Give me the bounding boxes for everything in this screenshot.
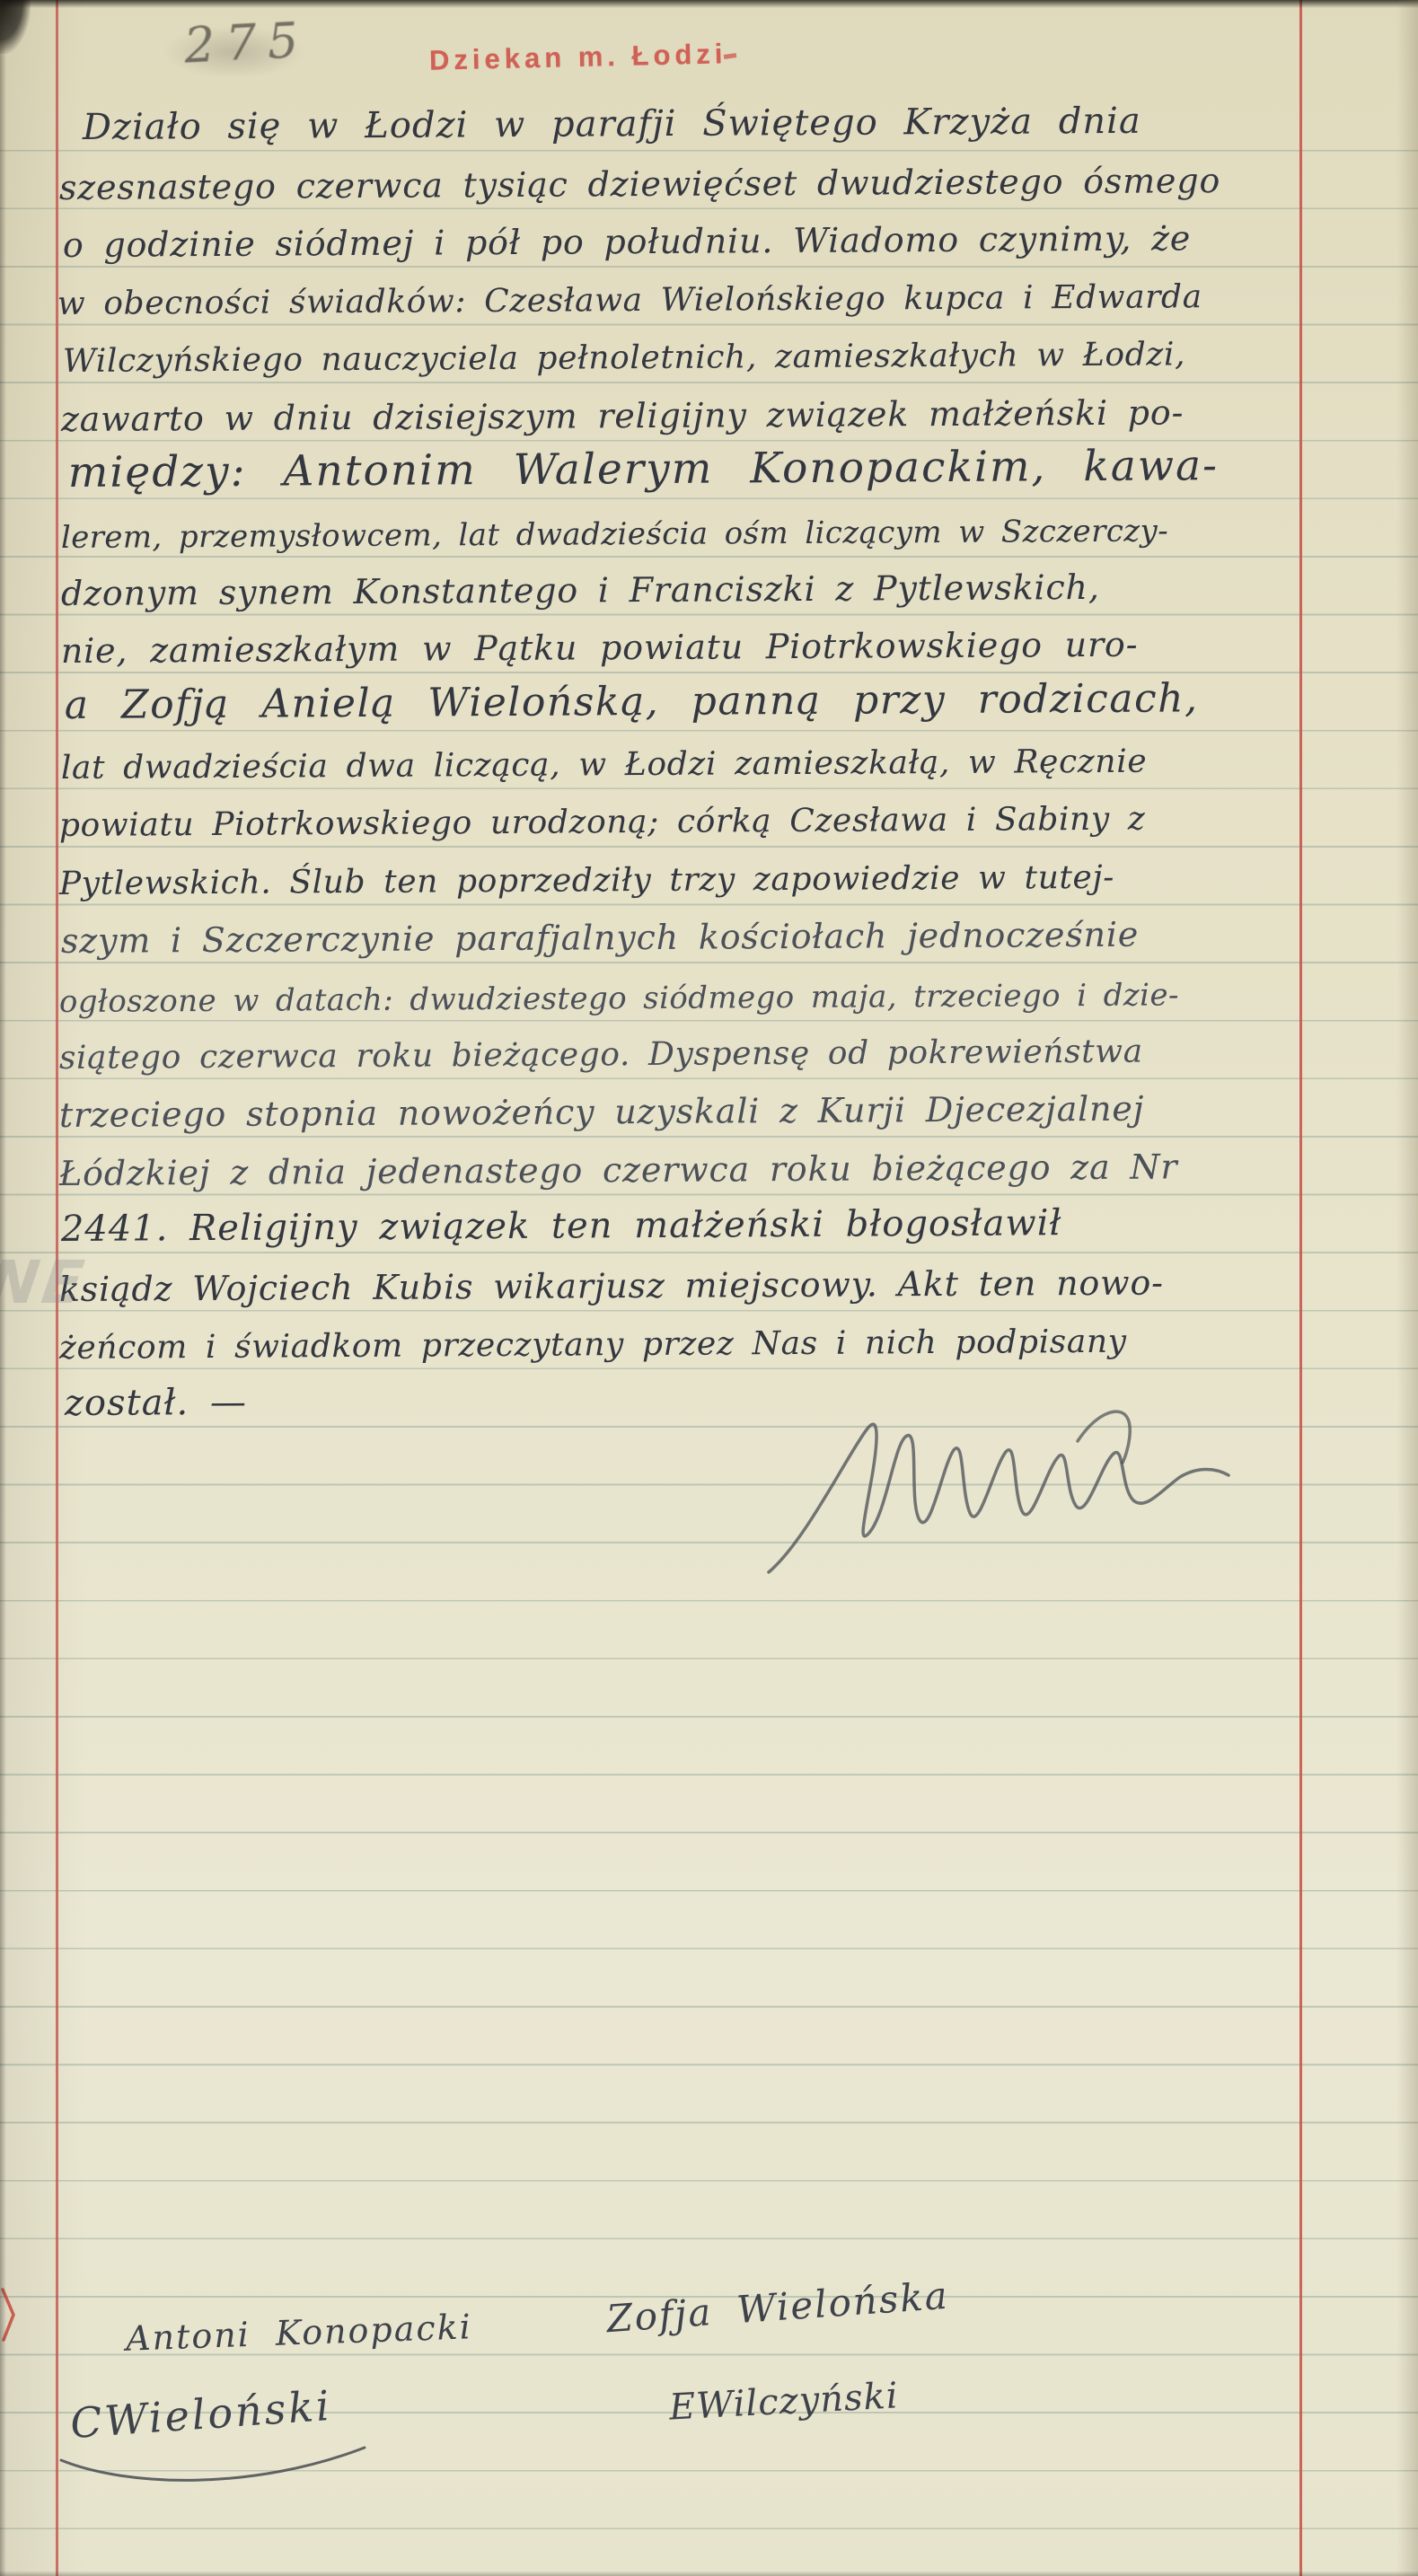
record-line: zawarto w dniu dzisiejszym religijny zwi… xyxy=(61,392,1185,439)
record-line: a Zofją Anielą Wielońską, panną przy rod… xyxy=(65,675,1199,728)
signature-flourish xyxy=(56,2435,397,2498)
record-line: szym i Szczerczynie parafjalnych kościoł… xyxy=(61,915,1139,961)
record-line: został. — xyxy=(65,1382,247,1424)
scan-edge-left xyxy=(0,0,6,2576)
record-line: 2441. Religijny związek ten małżeński bł… xyxy=(61,1202,1062,1250)
bride-signature: Zofja Wielońska xyxy=(605,2273,950,2342)
record-line: Działo się w Łodzi w parafji Świętego Kr… xyxy=(83,101,1141,148)
groom-signature: Antoni Konopacki xyxy=(125,2307,472,2358)
right-margin-line xyxy=(1299,0,1302,2576)
dean-stamp: Dziekan m. Łodzi xyxy=(429,38,727,77)
record-line: Łódzkiej z dnia jedenastego czerwca roku… xyxy=(59,1147,1178,1193)
record-line: Pytlewskich. Ślub ten poprzedziły trzy z… xyxy=(59,859,1114,902)
record-line: szesnastego czerwca tysiąc dziewięćset d… xyxy=(59,161,1220,207)
record-line: lat dwadzieścia dwa liczącą, w Łodzi zam… xyxy=(61,743,1148,787)
watermark-fragment: NE xyxy=(0,1248,92,1317)
scan-edge-right xyxy=(1396,0,1418,2576)
record-line: ksiądz Wojciech Kubis wikarjusz miejscow… xyxy=(59,1262,1164,1309)
registry-page: 275 Dziekan m. Łodzi Działo się w Łodzi … xyxy=(0,0,1418,2576)
record-line: nie, zamieszkałym w Pątku powiatu Piotrk… xyxy=(61,625,1139,671)
record-line: w obecności świadków: Czesława Wieloński… xyxy=(57,278,1202,322)
record-line: o godzinie siódmej i pół po południu. Wi… xyxy=(63,218,1192,265)
record-line: powiatu Piotrkowskiego urodzoną; córką C… xyxy=(59,801,1146,844)
record-line: żeńcom i świadkom przeczytany przez Nas … xyxy=(59,1323,1127,1367)
record-line: siątego czerwca roku bieżącego. Dyspensę… xyxy=(59,1033,1143,1077)
scan-edge-top xyxy=(0,0,1418,8)
record-line: między: Antonim Walerym Konopackim, kawa… xyxy=(68,441,1219,497)
record-line: lerem, przemysłowcem, lat dwadzieścia oś… xyxy=(61,513,1168,556)
page-number: 275 xyxy=(182,11,310,74)
record-line: trzeciego stopnia nowożeńcy uzyskali z K… xyxy=(59,1089,1145,1135)
record-line: Wilczyńskiego nauczyciela pełnoletnich, … xyxy=(63,336,1185,380)
scan-edge-bottom xyxy=(0,2571,1418,2576)
stamp-mark xyxy=(724,53,737,59)
priest-signature-scrawl xyxy=(762,1405,1264,1594)
witness-signature-wilczynski: EWilczyński xyxy=(668,2375,900,2428)
record-line: ogłoszone w datach: dwudziestego siódmeg… xyxy=(59,977,1179,1020)
record-line: dzonym synem Konstantego i Franciszki z … xyxy=(61,567,1100,613)
